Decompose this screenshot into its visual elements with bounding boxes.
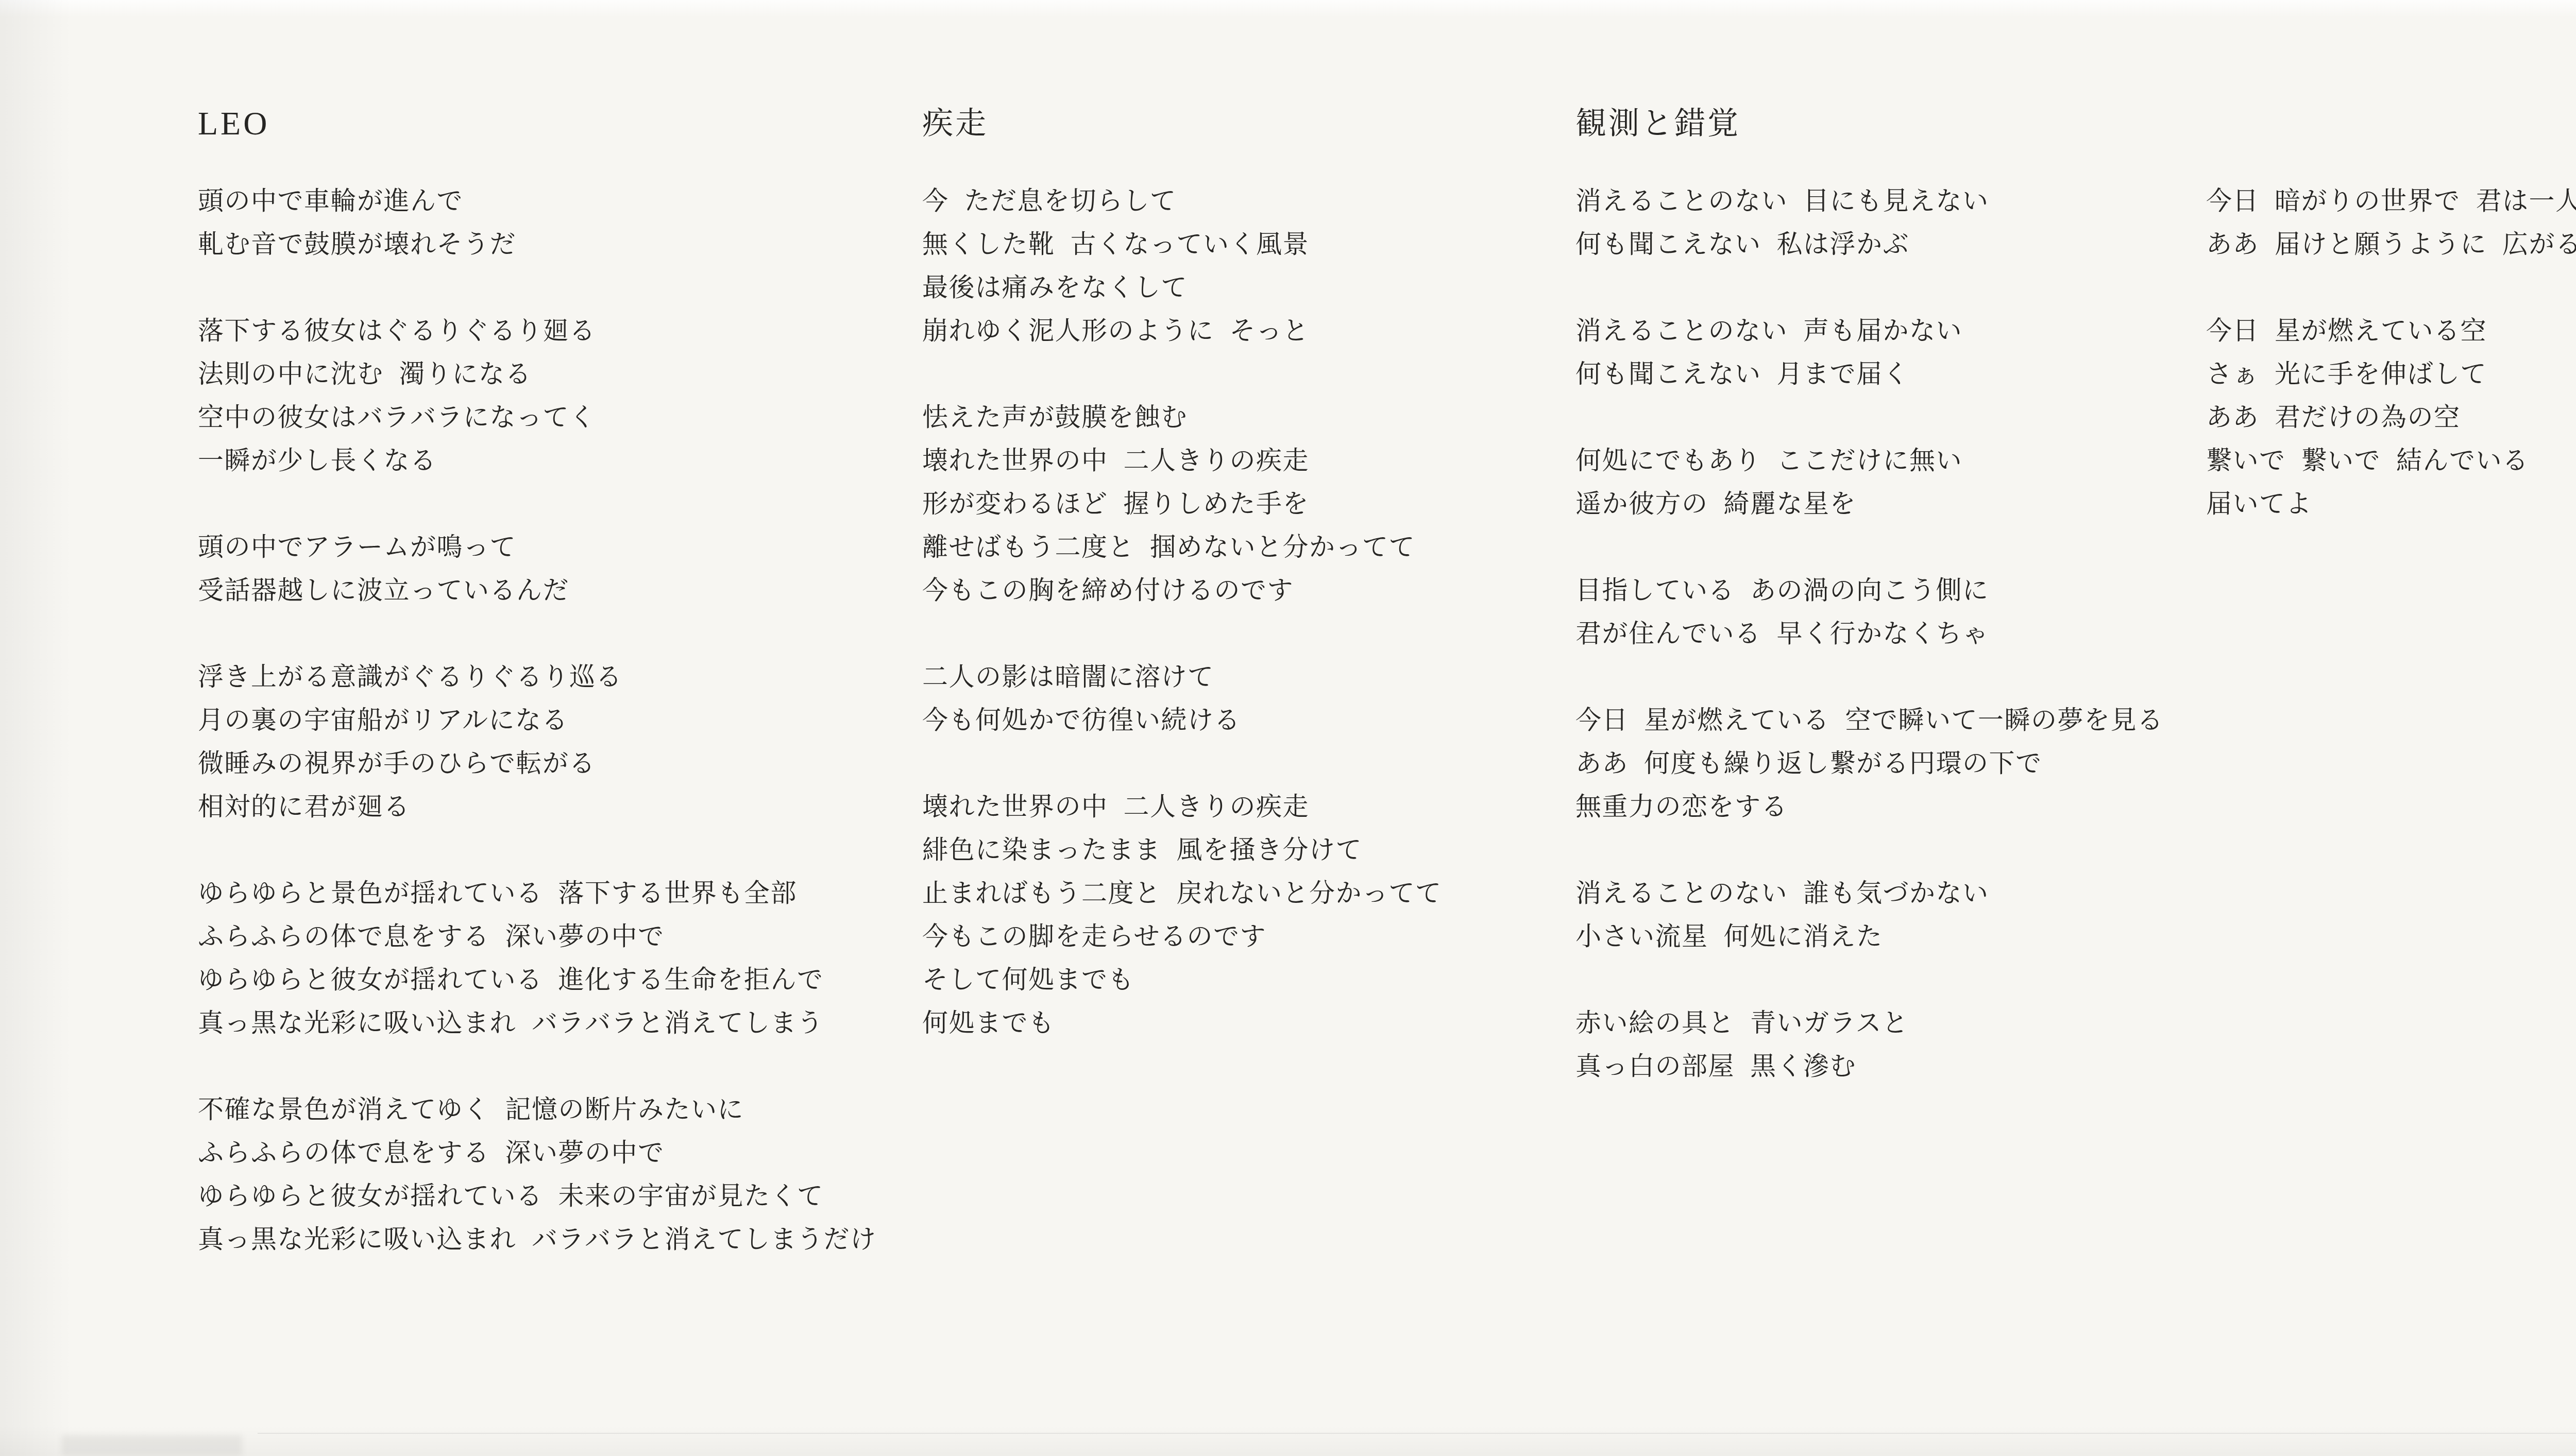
stanza: 目指している あの渦の向こう側に 君が住んでいる 早く行かなくちゃ (1575, 569, 2194, 655)
song-kansoku-right-column: 今日 暗がりの世界で 君は一人だけ一滴の毒を飲む ああ 届けと願うように 広がる… (2206, 179, 2576, 569)
lyric-line: 緋色に染まったまま 風を掻き分けて (922, 828, 1571, 871)
lyric-line: 今日 星が燃えている空 (2206, 309, 2576, 352)
lyric-line: 消えることのない 誰も気づかない (1575, 871, 2194, 915)
lyric-line: ふらふらの体で息をする 深い夢の中で (198, 1131, 899, 1174)
lyric-line: 今も何処かで彷徨い続ける (922, 698, 1571, 742)
lyric-line: 君が住んでいる 早く行かなくちゃ (1575, 612, 2194, 655)
lyric-line: ふらふらの体で息をする 深い夢の中で (198, 915, 899, 958)
stanza: 今日 星が燃えている空 さぁ 光に手を伸ばして ああ 君だけの為の空 繋いで 繋… (2206, 309, 2576, 525)
lyric-line: 今もこの脚を走らせるのです (922, 915, 1571, 958)
lyric-line: ああ 届けと願うように 広がる空間の中で漂う生命の欠片 (2206, 222, 2576, 266)
song-lyrics: 今日 暗がりの世界で 君は一人だけ一滴の毒を飲む ああ 届けと願うように 広がる… (2206, 179, 2576, 525)
scan-bottom-edge-line (258, 1433, 2576, 1434)
lyric-line: 一瞬が少し長くなる (198, 439, 899, 482)
lyric-line: 今もこの胸を締め付けるのです (922, 569, 1571, 612)
lyric-line: 崩れゆく泥人形のように そっと (922, 309, 1571, 352)
lyric-line: 落下する彼女はぐるりぐるり廻る (198, 309, 899, 352)
lyric-line: 最後は痛みをなくして (922, 266, 1571, 309)
lyric-line: 軋む音で鼓膜が壊れそうだ (198, 222, 899, 266)
lyric-line: 消えることのない 声も届かない (1575, 309, 2194, 352)
lyric-line: 受話器越しに波立っているんだ (198, 569, 899, 612)
lyric-line: 今 ただ息を切らして (922, 179, 1571, 222)
stanza: 今 ただ息を切らして 無くした靴 古くなっていく風景 最後は痛みをなくして 崩れ… (922, 179, 1571, 352)
stanza: 消えることのない 誰も気づかない 小さい流星 何処に消えた (1575, 871, 2194, 958)
lyric-line: 法則の中に沈む 濁りになる (198, 352, 899, 396)
lyric-line: さぁ 光に手を伸ばして (2206, 352, 2576, 396)
lyric-line: ゆらゆらと彼女が揺れている 進化する生命を拒んで (198, 958, 899, 1001)
lyric-line: そして何処までも (922, 958, 1571, 1001)
stanza: 頭の中でアラームが鳴って 受話器越しに波立っているんだ (198, 525, 899, 612)
lyric-line: 形が変わるほど 握りしめた手を (922, 482, 1571, 525)
song-lyrics: 消えることのない 目にも見えない 何も聞こえない 私は浮かぶ 消えることのない … (1575, 179, 2194, 1088)
song-lyrics: 頭の中で車輪が進んで 軋む音で鼓膜が壊れそうだ 落下する彼女はぐるりぐるり廻る … (198, 179, 899, 1261)
stanza: 何処にでもあり ここだけに無い 遥か彼方の 綺麗な星を (1575, 439, 2194, 525)
lyric-line: 無くした靴 古くなっていく風景 (922, 222, 1571, 266)
lyric-line: 今日 星が燃えている 空で瞬いて一瞬の夢を見る (1575, 698, 2194, 742)
lyric-line: 頭の中で車輪が進んで (198, 179, 899, 222)
song-leo: LEO 頭の中で車輪が進んで 軋む音で鼓膜が壊れそうだ 落下する彼女はぐるりぐる… (198, 106, 899, 1304)
lyric-line: 壊れた世界の中 二人きりの疾走 (922, 439, 1571, 482)
lyric-line: 頭の中でアラームが鳴って (198, 525, 899, 569)
lyric-line: 浮き上がる意識がぐるりぐるり巡る (198, 655, 899, 698)
stanza: 今日 星が燃えている 空で瞬いて一瞬の夢を見る ああ 何度も繰り返し繋がる円環の… (1575, 698, 2194, 828)
lyric-line: ああ 君だけの為の空 (2206, 396, 2576, 439)
lyric-line: 真っ黒な光彩に吸い込まれ バラバラと消えてしまうだけ (198, 1218, 899, 1261)
stanza: 頭の中で車輪が進んで 軋む音で鼓膜が壊れそうだ (198, 179, 899, 266)
lyric-line: 遥か彼方の 綺麗な星を (1575, 482, 2194, 525)
stanza: 今日 暗がりの世界で 君は一人だけ一滴の毒を飲む ああ 届けと願うように 広がる… (2206, 179, 2576, 266)
lyric-line: 届いてよ (2206, 482, 2576, 525)
lyric-line: 繋いで 繋いで 結んでいる (2206, 439, 2576, 482)
lyric-line: 真っ黒な光彩に吸い込まれ バラバラと消えてしまう (198, 1001, 899, 1044)
lyric-line: 壊れた世界の中 二人きりの疾走 (922, 785, 1571, 828)
stanza: 壊れた世界の中 二人きりの疾走 緋色に染まったまま 風を掻き分けて 止まればもう… (922, 785, 1571, 1044)
lyric-line: 何も聞こえない 月まで届く (1575, 352, 2194, 396)
song-title: 疾走 (922, 106, 1571, 142)
stanza: 二人の影は暗闇に溶けて 今も何処かで彷徨い続ける (922, 655, 1571, 742)
lyric-line: 空中の彼女はバラバラになってく (198, 396, 899, 439)
lyric-line: 目指している あの渦の向こう側に (1575, 569, 2194, 612)
scan-bottom-corner-shadow (62, 1435, 242, 1456)
song-title: LEO (198, 106, 899, 142)
stanza: 消えることのない 目にも見えない 何も聞こえない 私は浮かぶ (1575, 179, 2194, 266)
stanza: 不確な景色が消えてゆく 記憶の断片みたいに ふらふらの体で息をする 深い夢の中で… (198, 1088, 899, 1261)
lyric-line: 不確な景色が消えてゆく 記憶の断片みたいに (198, 1088, 899, 1131)
lyric-line: 二人の影は暗闇に溶けて (922, 655, 1571, 698)
stanza: 落下する彼女はぐるりぐるり廻る 法則の中に沈む 濁りになる 空中の彼女はバラバラ… (198, 309, 899, 482)
lyric-line: 真っ白の部屋 黒く滲む (1575, 1044, 2194, 1088)
song-title: 観測と錯覚 (1575, 106, 2194, 142)
lyric-line: 離せばもう二度と 掴めないと分かってて (922, 525, 1571, 569)
lyric-line: 今日 暗がりの世界で 君は一人だけ一滴の毒を飲む (2206, 179, 2576, 222)
song-lyrics: 今 ただ息を切らして 無くした靴 古くなっていく風景 最後は痛みをなくして 崩れ… (922, 179, 1571, 1044)
lyric-line: ああ 何度も繰り返し繋がる円環の下で (1575, 742, 2194, 785)
lyric-line: 小さい流星 何処に消えた (1575, 915, 2194, 958)
stanza: 赤い絵の具と 青いガラスと 真っ白の部屋 黒く滲む (1575, 1001, 2194, 1088)
lyric-line: 何処までも (922, 1001, 1571, 1044)
lyric-line: 無重力の恋をする (1575, 785, 2194, 828)
lyric-line: ゆらゆらと景色が揺れている 落下する世界も全部 (198, 871, 899, 915)
song-kansoku-to-sakkaku: 観測と錯覚 消えることのない 目にも見えない 何も聞こえない 私は浮かぶ 消える… (1575, 106, 2194, 1131)
stanza: 浮き上がる意識がぐるりぐるり巡る 月の裏の宇宙船がリアルになる 微睡みの視界が手… (198, 655, 899, 828)
stanza: ゆらゆらと景色が揺れている 落下する世界も全部 ふらふらの体で息をする 深い夢の… (198, 871, 899, 1044)
lyric-line: 何も聞こえない 私は浮かぶ (1575, 222, 2194, 266)
lyric-line: 止まればもう二度と 戻れないと分かってて (922, 871, 1571, 915)
stanza: 怯えた声が鼓膜を蝕む 壊れた世界の中 二人きりの疾走 形が変わるほど 握りしめた… (922, 396, 1571, 612)
stanza: 消えることのない 声も届かない 何も聞こえない 月まで届く (1575, 309, 2194, 396)
lyric-line: 月の裏の宇宙船がリアルになる (198, 698, 899, 742)
lyric-line: 消えることのない 目にも見えない (1575, 179, 2194, 222)
lyric-line: 何処にでもあり ここだけに無い (1575, 439, 2194, 482)
lyric-line: ゆらゆらと彼女が揺れている 未来の宇宙が見たくて (198, 1174, 899, 1218)
lyric-line: 微睡みの視界が手のひらで転がる (198, 742, 899, 785)
lyric-line: 相対的に君が廻る (198, 785, 899, 828)
lyric-line: 赤い絵の具と 青いガラスと (1575, 1001, 2194, 1044)
song-shissou: 疾走 今 ただ息を切らして 無くした靴 古くなっていく風景 最後は痛みをなくして… (922, 106, 1571, 1088)
lyric-line: 怯えた声が鼓膜を蝕む (922, 396, 1571, 439)
